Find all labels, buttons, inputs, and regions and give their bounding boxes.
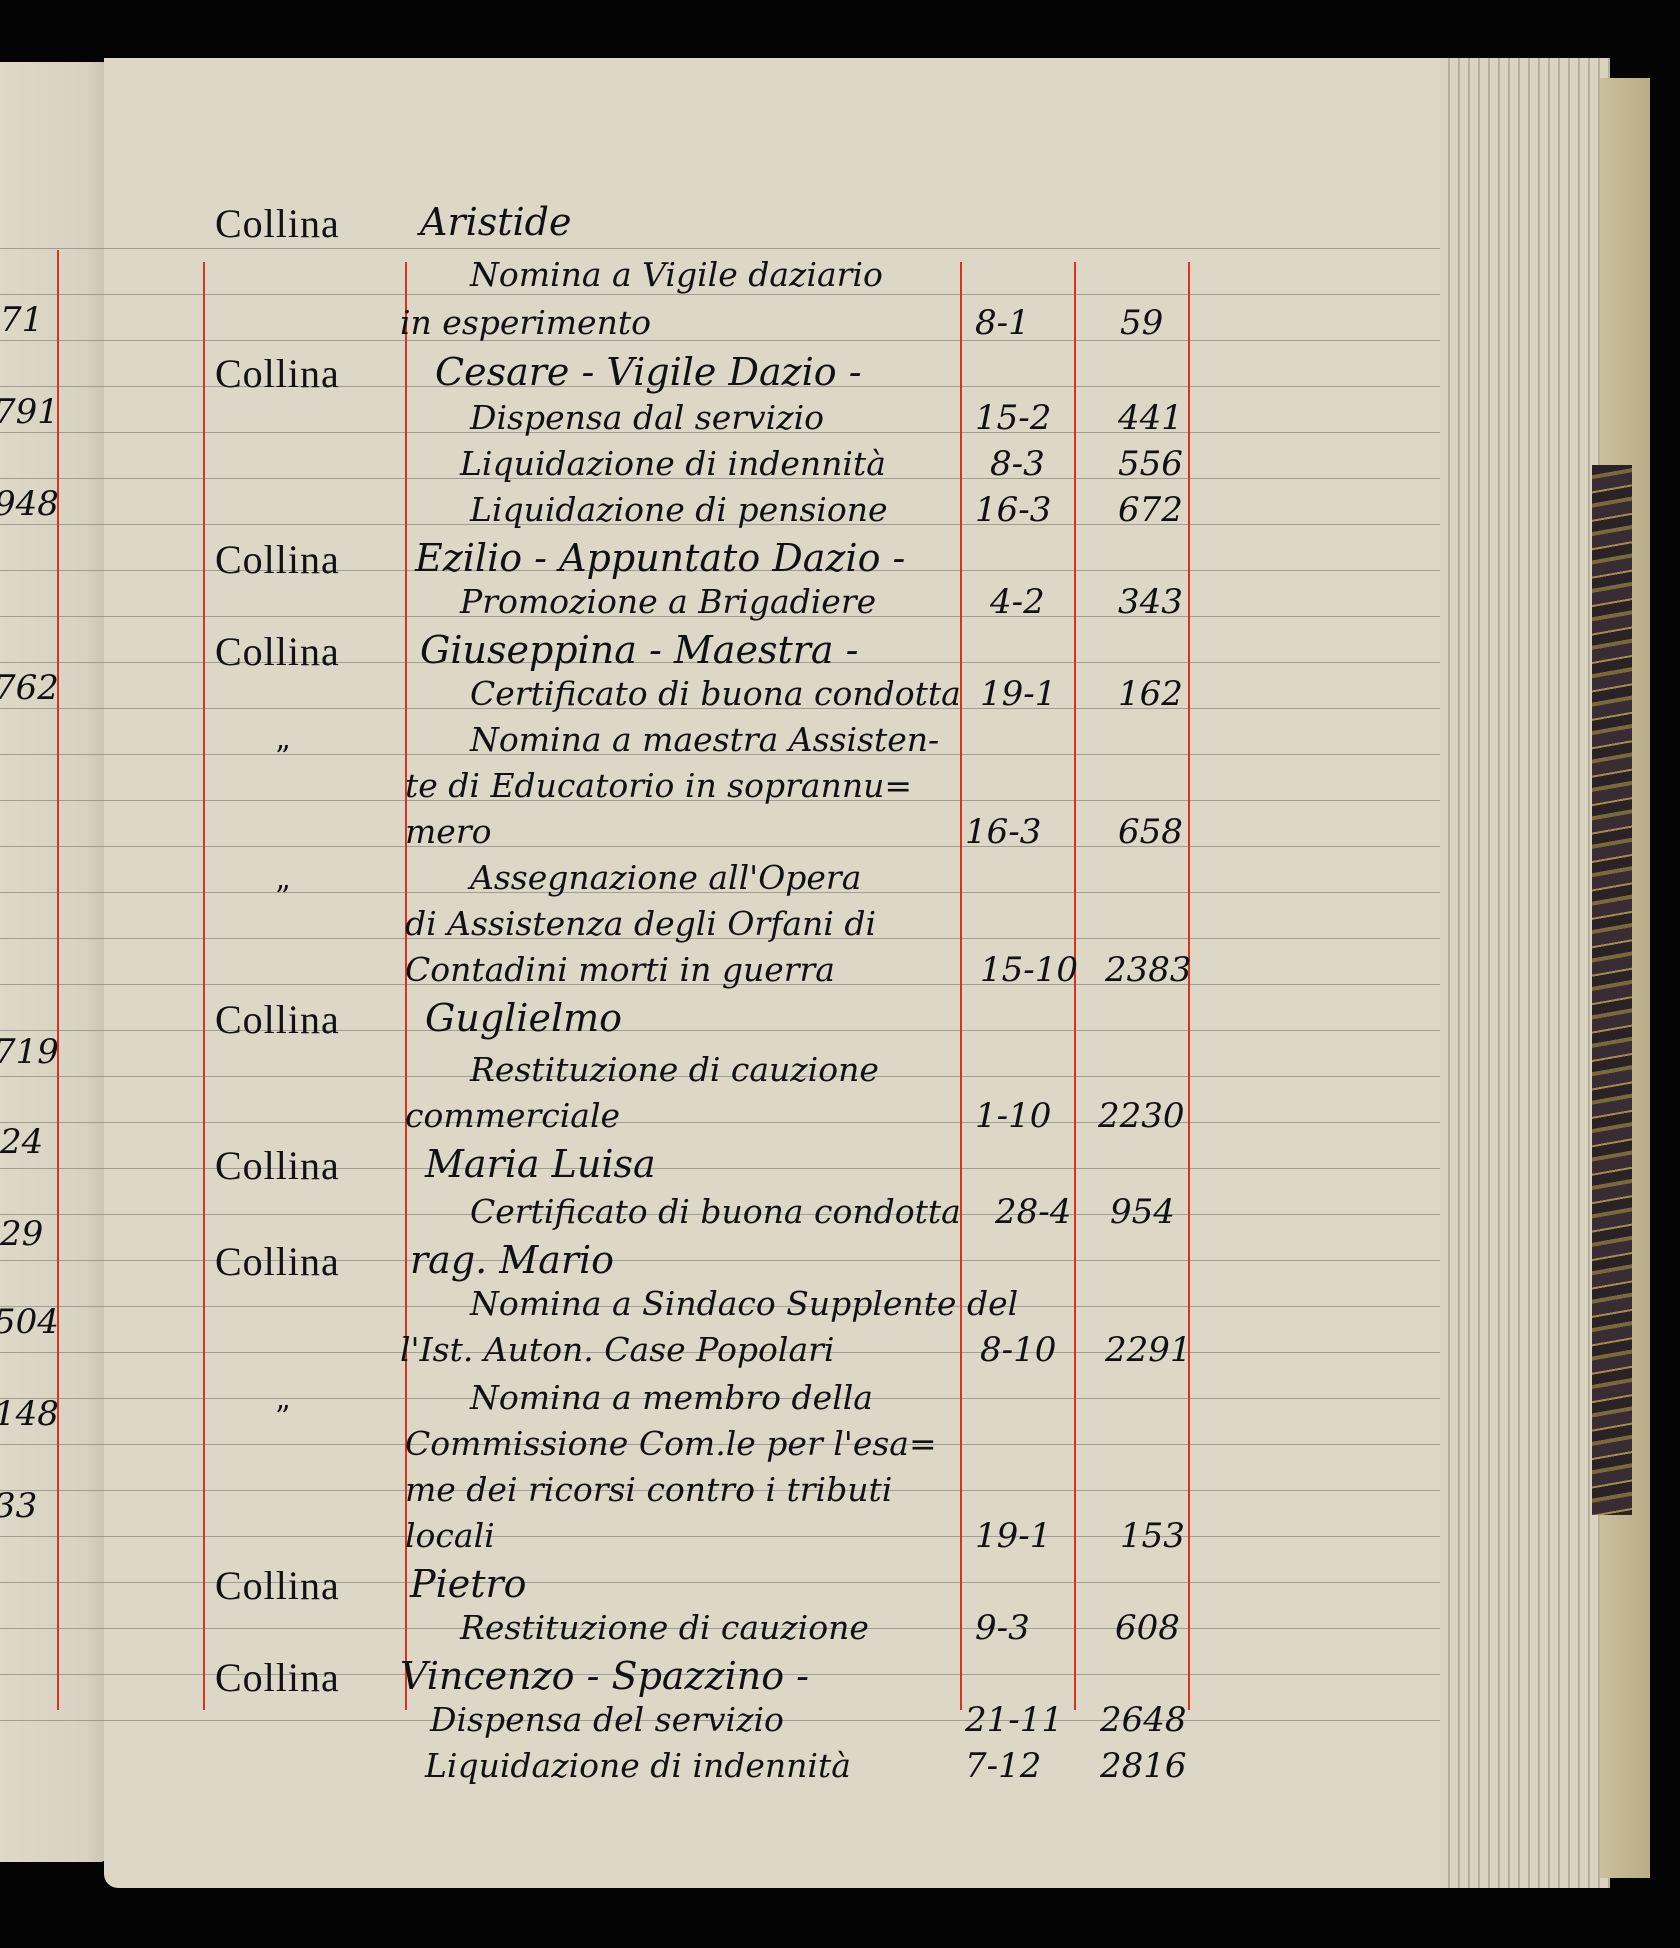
entry-given-name: Giuseppina - Maestra - bbox=[420, 628, 858, 672]
entry-protocol-number: 153 bbox=[1120, 1516, 1185, 1556]
margin-number: 71 bbox=[0, 300, 43, 340]
ruled-line bbox=[0, 1536, 1440, 1537]
ditto-mark: ” bbox=[275, 1400, 290, 1435]
entry-description: Liquidazione di pensione bbox=[470, 490, 888, 529]
margin-number: 148 bbox=[0, 1394, 59, 1434]
entry-description: l'Ist. Auton. Case Popolari bbox=[400, 1330, 834, 1369]
entry-surname: Collina bbox=[215, 200, 340, 247]
entry-protocol-number: 343 bbox=[1118, 582, 1183, 622]
entry-description: Dispensa dal servizio bbox=[470, 398, 824, 437]
entry-description: Certificato di buona condotta bbox=[470, 674, 961, 713]
entry-description: Commissione Com.le per l'esa= bbox=[405, 1424, 937, 1463]
entry-date: 4-2 bbox=[990, 582, 1045, 622]
entry-surname: Collina bbox=[215, 1654, 340, 1701]
entry-description: Liquidazione di indennità bbox=[460, 444, 886, 483]
entry-date: 9-3 bbox=[975, 1608, 1030, 1648]
entry-date: 1-10 bbox=[975, 1096, 1051, 1136]
entry-date: 8-10 bbox=[980, 1330, 1056, 1370]
entry-protocol-number: 2291 bbox=[1105, 1330, 1192, 1370]
entry-protocol-number: 954 bbox=[1110, 1192, 1175, 1232]
entry-protocol-number: 2383 bbox=[1105, 950, 1192, 990]
entry-description: Certificato di buona condotta bbox=[470, 1192, 961, 1231]
entry-protocol-number: 2816 bbox=[1100, 1746, 1187, 1786]
entry-date: 19-1 bbox=[975, 1516, 1051, 1556]
entry-surname: Collina bbox=[215, 536, 340, 583]
ruled-line bbox=[0, 340, 1440, 341]
entry-given-name: Guglielmo bbox=[425, 996, 622, 1040]
margin-number: 791 bbox=[0, 392, 59, 432]
margin-number: 948 bbox=[0, 484, 59, 524]
entry-protocol-number: 162 bbox=[1118, 674, 1183, 714]
marbled-spine bbox=[1592, 465, 1632, 1515]
entry-protocol-number: 672 bbox=[1118, 490, 1183, 530]
entry-protocol-number: 2648 bbox=[1100, 1700, 1187, 1740]
margin-number: 24 bbox=[0, 1122, 43, 1162]
entry-description: Nomina a Vigile daziario bbox=[470, 255, 883, 294]
entry-protocol-number: 556 bbox=[1118, 444, 1183, 484]
entry-date: 15-10 bbox=[980, 950, 1078, 990]
red-column-line bbox=[203, 262, 205, 1710]
entry-given-name: rag. Mario bbox=[410, 1238, 614, 1282]
entry-description: Dispensa del servizio bbox=[430, 1700, 784, 1739]
entry-date: 16-3 bbox=[965, 812, 1041, 852]
entry-surname: Collina bbox=[215, 1238, 340, 1285]
entry-description: Restituzione di cauzione bbox=[460, 1608, 869, 1647]
entry-given-name: Aristide bbox=[420, 200, 572, 244]
entry-date: 28-4 bbox=[995, 1192, 1071, 1232]
entry-description: Nomina a membro della bbox=[470, 1378, 873, 1417]
red-column-line bbox=[57, 250, 59, 1710]
margin-number: 33 bbox=[0, 1486, 37, 1526]
entry-description: commerciale bbox=[405, 1096, 620, 1135]
entry-description: in esperimento bbox=[400, 303, 651, 342]
entry-protocol-number: 658 bbox=[1118, 812, 1183, 852]
entry-description: Nomina a maestra Assisten- bbox=[470, 720, 939, 759]
entry-given-name: Cesare - Vigile Dazio - bbox=[435, 350, 862, 394]
entry-date: 16-3 bbox=[975, 490, 1051, 530]
entry-date: 8-3 bbox=[990, 444, 1045, 484]
ruled-line bbox=[0, 846, 1440, 847]
entry-date: 7-12 bbox=[965, 1746, 1041, 1786]
entry-surname: Collina bbox=[215, 996, 340, 1043]
entry-date: 19-1 bbox=[980, 674, 1056, 714]
entry-given-name: Vincenzo - Spazzino - bbox=[400, 1654, 809, 1698]
margin-number: 762 bbox=[0, 668, 59, 708]
entry-description: te di Educatorio in soprannu= bbox=[405, 766, 912, 805]
entry-description: Contadini morti in guerra bbox=[405, 950, 835, 989]
ruled-line bbox=[0, 248, 1440, 249]
entry-surname: Collina bbox=[215, 1562, 340, 1609]
ruled-line bbox=[0, 1122, 1440, 1123]
entry-protocol-number: 441 bbox=[1118, 398, 1183, 438]
entry-date: 21-11 bbox=[965, 1700, 1063, 1740]
margin-number: 504 bbox=[0, 1302, 59, 1342]
entry-description: Assegnazione all'Opera bbox=[470, 858, 861, 897]
entry-protocol-number: 59 bbox=[1120, 303, 1163, 343]
entry-description: di Assistenza degli Orfani di bbox=[405, 904, 876, 943]
entry-surname: Collina bbox=[215, 1142, 340, 1189]
entry-surname: Collina bbox=[215, 628, 340, 675]
red-column-line bbox=[960, 262, 962, 1710]
entry-given-name: Pietro bbox=[410, 1562, 527, 1606]
entry-protocol-number: 608 bbox=[1115, 1608, 1180, 1648]
margin-number: 29 bbox=[0, 1214, 43, 1254]
ditto-mark: ” bbox=[275, 740, 290, 775]
margin-number: 719 bbox=[0, 1032, 59, 1072]
entry-date: 8-1 bbox=[975, 303, 1030, 343]
entry-protocol-number: 2230 bbox=[1098, 1096, 1185, 1136]
page-edges bbox=[1440, 58, 1610, 1888]
entry-description: me dei ricorsi contro i tributi bbox=[405, 1470, 892, 1509]
entry-date: 15-2 bbox=[975, 398, 1051, 438]
entry-description: Promozione a Brigadiere bbox=[460, 582, 876, 621]
entry-description: locali bbox=[405, 1516, 495, 1555]
entry-given-name: Maria Luisa bbox=[425, 1142, 656, 1186]
entry-description: Nomina a Sindaco Supplente del bbox=[470, 1284, 1018, 1323]
entry-given-name: Ezilio - Appuntato Dazio - bbox=[415, 536, 905, 580]
entry-surname: Collina bbox=[215, 350, 340, 397]
entry-description: mero bbox=[405, 812, 491, 851]
entry-description: Liquidazione di indennità bbox=[425, 1746, 851, 1785]
ditto-mark: ” bbox=[275, 880, 290, 915]
ruled-line bbox=[0, 294, 1440, 295]
entry-description: Restituzione di cauzione bbox=[470, 1050, 879, 1089]
